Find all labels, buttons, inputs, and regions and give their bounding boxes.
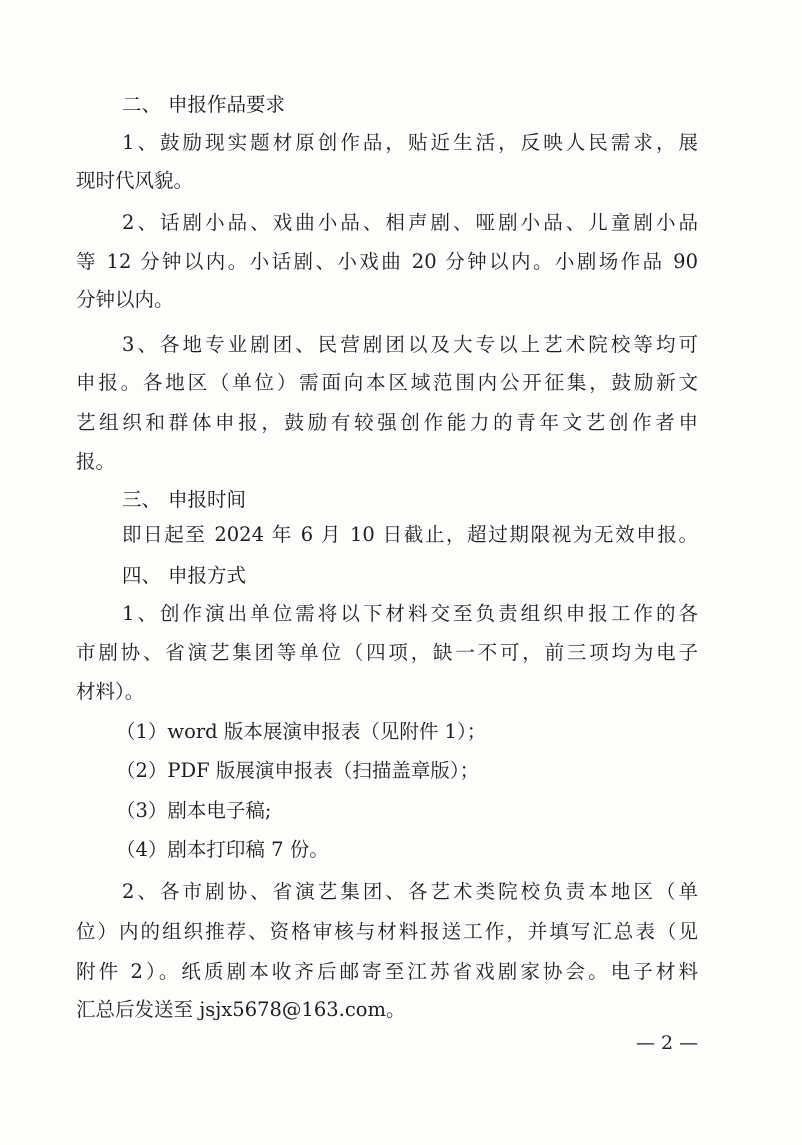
paragraph-line: 材料）。 (76, 677, 698, 707)
section-number: 三、 (122, 485, 168, 515)
deadline-text: 即日起至 2024 年 6 月 10 日截止，超过期限视为无效申报。 (122, 520, 698, 550)
paragraph-line: 分钟以内。 (76, 285, 698, 315)
section-number: 四、 (122, 561, 168, 591)
section-heading-deadline: 三、申报时间 (122, 485, 246, 515)
section-title: 申报作品要求 (168, 93, 285, 116)
section-number: 二、 (122, 90, 168, 120)
material-item-1: （1）word 版本展演申报表（见附件 1）； (116, 717, 486, 747)
paragraph-line: 报。 (76, 447, 698, 477)
paragraph-line: 2、话剧小品、戏曲小品、相声剧、哑剧小品、儿童剧小品 (122, 208, 698, 238)
paragraph-line: 1、鼓励现实题材原创作品，贴近生活，反映人民需求，展 (122, 128, 698, 158)
email-line: 汇总后发送至 jsjx5678@163.com。 (76, 995, 698, 1025)
paragraph-line: 附件 2）。纸质剧本收齐后邮寄至江苏省戏剧家协会。电子材料 (76, 957, 698, 987)
paragraph-line: 2、各市剧协、省演艺集团、各艺术类院校负责本地区（单 (122, 877, 698, 907)
paragraph-line: 申报。各地区（单位）需面向本区域范围内公开征集，鼓励新文 (76, 368, 698, 398)
document-page: 二、申报作品要求 1、鼓励现实题材原创作品，贴近生活，反映人民需求，展 现时代风… (0, 0, 802, 1145)
paragraph-line: 3、各地专业剧团、民营剧团以及大专以上艺术院校等均可 (122, 330, 698, 360)
section-title: 申报方式 (168, 564, 246, 587)
section-heading-method: 四、申报方式 (122, 561, 246, 591)
paragraph-line: 位）内的组织推荐、资格审核与材料报送工作，并填写汇总表（见 (76, 917, 698, 947)
paragraph-line: 等 12 分钟以内。小话剧、小戏曲 20 分钟以内。小剧场作品 90 (76, 247, 698, 277)
paragraph-line: 艺组织和群体申报，鼓励有较强创作能力的青年文艺创作者申 (76, 408, 698, 438)
section-title: 申报时间 (168, 488, 246, 511)
paragraph-line: 1、创作演出单位需将以下材料交至负责组织申报工作的各 (122, 599, 698, 629)
material-item-4: （4）剧本打印稿 7 份。 (116, 835, 329, 865)
material-item-2: （2）PDF 版展演申报表（扫描盖章版）； (116, 756, 479, 786)
paragraph-line: 市剧协、省演艺集团等单位（四项，缺一不可，前三项均为电子 (76, 638, 698, 668)
section-heading-requirements: 二、申报作品要求 (122, 90, 285, 120)
paragraph-line: 现时代风貌。 (76, 166, 698, 196)
page-number: — 2 — (636, 1029, 698, 1057)
material-item-3: （3）剧本电子稿; (116, 796, 271, 826)
